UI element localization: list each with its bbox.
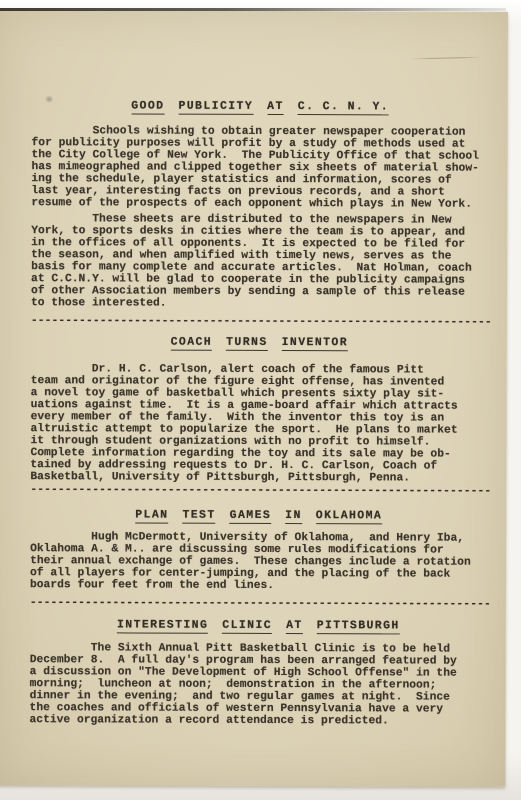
paragraph-oklahoma-games: Hugh McDermott, University of Oklahoma, … [30, 531, 487, 593]
section-heading-pittsburgh-clinic: INTERESTING CLINIC AT PITTSBURGH [30, 618, 487, 635]
section-heading-coach-inventor: COACH TURNS INVENTOR [31, 335, 488, 352]
scanned-page-background: { "document": { "colors": { "paper": "#d… [0, 0, 521, 800]
heading-word: GAMES [230, 509, 272, 524]
heading-word: PITTSBURGH [317, 619, 400, 634]
heading-word: AT [267, 100, 284, 115]
heading-word: OKLAHOMA [316, 509, 382, 524]
dashed-separator-1: ----------------------------------------… [31, 315, 488, 329]
faint-scratch-mark [410, 57, 482, 60]
heading-word: INVENTOR [282, 336, 348, 351]
paragraph-coach-inventor: Dr. H. C. Carlson, alert coach of the fa… [30, 363, 487, 485]
heading-word: IN [285, 509, 302, 524]
heading-word: TURNS [226, 336, 268, 351]
heading-word: PLAN [135, 508, 168, 523]
paragraph-publicity-1: Schools wishing to obtain greater newspa… [31, 125, 488, 211]
heading-word: GOOD [131, 99, 164, 114]
heading-word: TEST [182, 509, 215, 524]
dashed-separator-2: ----------------------------------------… [30, 484, 487, 498]
heading-word: PUBLICITY [178, 100, 253, 115]
paragraph-publicity-2: These sheets are distributed to the news… [31, 213, 488, 311]
dashed-separator-3: ----------------------------------------… [30, 597, 487, 611]
section-heading-good-publicity: GOOD PUBLICITY AT C. C. N. Y. [32, 99, 489, 116]
paper-sheet: GOOD PUBLICITY AT C. C. N. Y. Schools wi… [0, 10, 508, 787]
section-heading-oklahoma-games: PLAN TEST GAMES IN OKLAHOMA [30, 508, 487, 525]
scan-top-edge-shadow [0, 8, 506, 11]
heading-word: INTERESTING [117, 618, 208, 633]
heading-word: C. C. N. Y. [298, 100, 389, 115]
paragraph-pittsburgh-clinic: The Sixth Annual Pitt Basketball Clinic … [30, 642, 487, 728]
heading-word: CLINIC [222, 619, 272, 634]
heading-word: AT [286, 619, 303, 634]
heading-word: COACH [171, 336, 213, 351]
